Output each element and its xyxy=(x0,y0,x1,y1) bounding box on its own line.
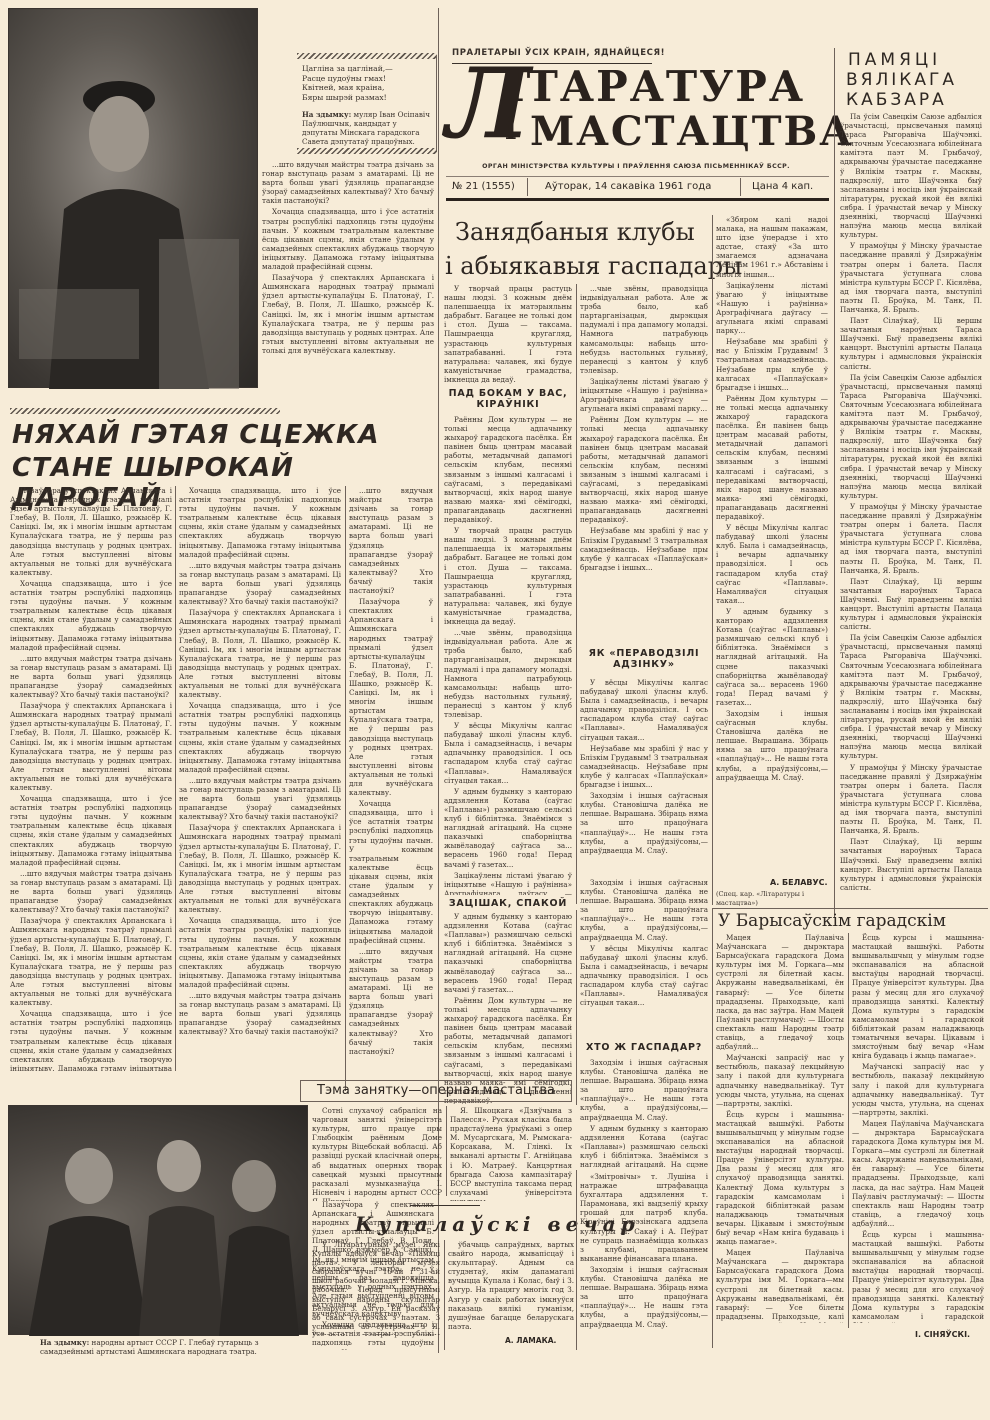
paragraph: Мацея Паўлавіча Маўчанскага — дырэктара … xyxy=(716,933,844,1051)
paragraph: Зацікаўлены лістамі ўвагаю ў ініцыятыве … xyxy=(716,281,828,336)
worker-photo xyxy=(8,8,258,388)
paragraph: У творчай працы растуць нашы людзі. З ко… xyxy=(444,284,572,384)
paragraph: Я. Шкоцкага «Дзяўчына з Палесся». Руская… xyxy=(450,1106,572,1201)
column-divider xyxy=(712,215,713,905)
paragraph: Хочацца спадзявацца, што і ўсе астатнія … xyxy=(10,794,172,867)
poem-line: Расце цудоўны гмах! xyxy=(302,74,432,84)
left-article-upper-column: ...што вядучыя майстры тэатра дзічань за… xyxy=(262,160,434,400)
issue-price: Цана 4 кап. xyxy=(752,181,813,192)
kupala-column-1: У Літаратурным музеі Янкі Купалы адбыўся… xyxy=(312,1240,440,1335)
paragraph: Пазаўчора ў спектаклях Арпанскага і Ашмя… xyxy=(10,916,172,1007)
paragraph: Заходзім і іншыя саўгасныя клубы. Станов… xyxy=(580,1058,708,1122)
paragraph: У адным будынку з кантораю аддзялення Ко… xyxy=(444,787,572,869)
borisov-signature: І. СІНЯЎСКІ. xyxy=(915,1330,970,1339)
paragraph: Неўзабаве мы зрабілі ў нас у Блізкім Гру… xyxy=(580,744,708,789)
actors-group-illustration xyxy=(9,1106,309,1336)
poem-line: Цагліна за цаглінай,— xyxy=(302,64,432,74)
paragraph: У вёсцы Мікулічы калгас пабудаваў школі … xyxy=(444,721,572,785)
paragraph: У вёсцы Мікулічы калгас пабудаваў школі … xyxy=(580,678,708,742)
issue-date: Аўторак, 14 сакавіка 1961 года xyxy=(545,181,711,192)
paragraph: ...што вядучыя майстры тэатра дзічань за… xyxy=(179,561,341,606)
opera-column-2: Я. Шкоцкага «Дзяўчына з Палесся». Руская… xyxy=(450,1106,572,1201)
paragraph: «Змітровічы» т. Лушіна і натражае штрафа… xyxy=(580,1172,708,1263)
column-divider xyxy=(576,910,577,1105)
main-article-column-3: «Збяром калі надоі малака, на нашым пака… xyxy=(716,215,828,875)
main-article-headline-1: Занядбаныя клубы xyxy=(455,218,695,246)
column-divider xyxy=(444,1240,445,1350)
subhead-pad-bokam: ПАД БОКАМ У ВАС, КІРАЎНІКІ xyxy=(444,388,572,410)
paragraph: Раённы Дом культуры — не толькі месца ад… xyxy=(444,415,572,524)
section-rule xyxy=(712,908,988,909)
column-divider xyxy=(345,486,346,1091)
main-article-column-2-end: Заходзім і іншыя саўгасныя клубы. Станов… xyxy=(580,1058,708,1168)
poem-line: Квітней, мая краіна, xyxy=(302,83,432,93)
section-rule xyxy=(410,1205,480,1206)
paragraph: Хочацца спадзявацца, што і ўсе астатнія … xyxy=(179,916,341,989)
paragraph: У прамоўцы ў Мінску ўрачыстае паседжанне… xyxy=(840,502,982,575)
opera-headline: Тэма занятку—оперная мастацтва xyxy=(301,1081,571,1101)
paragraph: Мацея Паўлавіча Маўчанскага — дырэктара … xyxy=(716,1248,844,1323)
paragraph: ...што вядучыя майстры тэатра дзічань за… xyxy=(179,776,341,821)
paragraph: ...чые звёны, праводзіцца індывідуальная… xyxy=(580,284,708,375)
poem-line: Бяры шырэй размах! xyxy=(302,93,432,103)
paragraph: ...што вядучыя майстры тэатра дзічань за… xyxy=(262,160,434,205)
masthead-title-conjunction: і xyxy=(505,112,518,147)
masthead-organ-line: ОРГАН МІНІСТЭРСТВА КУЛЬТУРЫ І ПРАЎЛЕННЯ … xyxy=(446,163,826,170)
masthead-title-line-1: ІТАРАТУРА xyxy=(505,62,805,111)
column-divider xyxy=(576,284,577,904)
paragraph: ...што вядучыя майстры тэатра дзічань за… xyxy=(10,654,172,699)
paragraph: Зацікаўлены лістамі ўвагаю ў ініцыятыве … xyxy=(580,377,708,413)
paragraph: Мацея Паўлавіча Маўчанскага — дырэктара … xyxy=(852,1119,984,1228)
paragraph: У адным будынку з кантораю аддзялення Ко… xyxy=(716,607,828,707)
left-article-headline-1: НЯХАЙ ГЭТАЯ СЦЕЖКА xyxy=(12,420,432,450)
paragraph: Хочацца спадзявацца, што і ўсе астатнія … xyxy=(262,207,434,271)
paragraph: Пазаўчора ў спектаклях Арпанскага і Ашмя… xyxy=(10,486,172,577)
paragraph: Заходзім і іншыя саўгасныя клубы. Станов… xyxy=(580,878,708,942)
subhead-zacishak-spakoi: ЗАЦІШАК, СПАКОЙ xyxy=(444,898,572,909)
paragraph: Неўзабаве мы зрабілі ў нас у Блізкім Гру… xyxy=(580,526,708,571)
infobar-top-rule xyxy=(446,176,829,177)
paragraph: Раённы Дом культуры — не толькі месца ад… xyxy=(580,415,708,524)
paragraph: Хочацца спадзявацца, што і ўсе астатнія … xyxy=(179,701,341,774)
borisov-headline: У Барысаўскім гарадскім xyxy=(718,911,946,931)
column-divider xyxy=(834,48,835,918)
main-article-lead-column-2: ...чые звёны, праводзіцца індывідуальная… xyxy=(580,284,708,644)
poem-photo-caption: На здымку: муляр Іван Осіпавіч Паўлюшчык… xyxy=(302,110,432,146)
caption-label: На здымку: xyxy=(40,1338,89,1347)
paragraph: Зацікаўлены лістамі ўвагаю ў ініцыятыве … xyxy=(444,871,572,895)
paragraph: ...што вядучыя майстры тэатра дзічань за… xyxy=(349,486,433,595)
worker-figure-illustration xyxy=(9,9,259,389)
paragraph: Сотні слухачоў сабраліся на чарговыя зан… xyxy=(312,1106,442,1201)
paragraph: Хочацца спадзявацца, што і ўсе астатнія … xyxy=(10,579,172,652)
column-divider xyxy=(446,1106,447,1196)
main-article-column-1-lower: У адным будынку з кантораю аддзялення Ко… xyxy=(444,912,572,1104)
paragraph: Ёсць курсы і машынна-мастацкай вышыўкі. … xyxy=(852,933,984,1060)
masthead-title-line-2: МАСТАЦТВА xyxy=(530,108,854,155)
paragraph: ...чые звёны, праводзіцца індывідуальная… xyxy=(444,628,572,719)
left-article-column-2: Хочацца спадзявацца, што і ўсе астатнія … xyxy=(179,486,341,1091)
left-article-column-1: Пазаўчора ў спектаклях Арпанскага і Ашмя… xyxy=(10,486,172,1071)
paragraph: Пазаўчора ў спектаклях Арпанскага і Ашмя… xyxy=(179,823,341,914)
right-headline-3: КАБЗАРА xyxy=(846,90,947,110)
paragraph: У Літаратурным музеі Янкі Купалы адбыўся… xyxy=(312,1240,440,1335)
paragraph: ...што вядучыя майстры тэатра дзічань за… xyxy=(179,991,341,1036)
bottom-right-text-column: «Змітровічы» т. Лушіна і натражае штрафа… xyxy=(580,1172,708,1347)
poem-box-top-border xyxy=(297,53,437,59)
paragraph: Заходзім і іншыя саўгасныя клубы. Станов… xyxy=(580,1265,708,1329)
main-article-column-2-lower: У вёсцы Мікулічы калгас пабудаваў школі … xyxy=(580,678,708,903)
paragraph: Пазаўчора ў спектаклях Арпанскага і Ашмя… xyxy=(262,273,434,355)
poem-box: Цагліна за цаглінай,— Расце цудоўны гмах… xyxy=(302,64,432,154)
paragraph: Заходзім і іншыя саўгасныя клубы. Станов… xyxy=(580,791,708,855)
paragraph: «Збяром калі надоі малака, на нашым пака… xyxy=(716,215,828,279)
actors-photo xyxy=(8,1105,308,1335)
paragraph: Раённы Дом культуры — не толькі месца ад… xyxy=(716,394,828,521)
borisov-column-2: Ёсць курсы і машынна-мастацкай вышыўкі. … xyxy=(852,933,984,1323)
opera-headline-box: Тэма занятку—оперная мастацтва xyxy=(300,1080,572,1102)
kupala-column-2: ўбачыць сапраўдных, вартых свайго народа… xyxy=(448,1240,574,1350)
main-article-headline-2: і абыякавыя гаспадары xyxy=(445,252,742,280)
poem-box-right-border xyxy=(436,55,437,150)
right-headline-1: ПАМЯЦІ xyxy=(848,50,941,70)
actors-photo-caption: На здымку: народны артыст СССР Г. Глебаў… xyxy=(40,1338,310,1356)
column-divider xyxy=(576,1170,577,1350)
paragraph: Паэт Сілаўкаў, Ці вершы зачытаныя нароўн… xyxy=(840,577,982,632)
paragraph: У вёсцы Мікулічы калгас пабудаваў школі … xyxy=(716,523,828,605)
main-article-column-1: Раённы Дом культуры — не толькі месца ад… xyxy=(444,415,572,895)
paragraph: Неўзабаве мы зрабілі ў нас у Блізкім Гру… xyxy=(716,337,828,392)
caption-label: На здымку: xyxy=(302,110,351,119)
paragraph: ўбачыць сапраўдных, вартых свайго народа… xyxy=(448,1240,574,1331)
paragraph: Хочацца спадзявацца, што і ўсе астатнія … xyxy=(10,1009,172,1071)
infobar-bottom-rule xyxy=(446,198,829,201)
paragraph: Паэт Сілаўкаў, Ці вершы зачытаныя нароўн… xyxy=(840,316,982,371)
paragraph: У прамоўцы ў Мінску ўрачыстае паседжанне… xyxy=(840,241,982,314)
left-article-top-border xyxy=(10,408,280,414)
paragraph: Маўчанскі запрасіў нас у вестыбюль, пака… xyxy=(716,1053,844,1108)
infobar-divider xyxy=(740,178,741,196)
column-divider xyxy=(848,933,849,1328)
right-column-text: Па ўсім Савецкім Саюзе адбыліся ўрачыста… xyxy=(840,112,982,912)
paragraph: У адным будынку з кантораю аддзялення Ко… xyxy=(580,1124,708,1168)
main-article-signature: А. БЕЛАВУС. xyxy=(770,878,828,887)
column-divider xyxy=(175,486,176,1071)
paragraph: Пазаўчора ў спектаклях Арпанскага і Ашмя… xyxy=(349,597,433,797)
paragraph: Па ўсім Савецкім Саюзе адбыліся ўрачыста… xyxy=(840,112,982,239)
kupala-signature: А. ЛАМАКА. xyxy=(505,1336,556,1345)
opera-column-1: Сотні слухачоў сабраліся на чарговыя зан… xyxy=(312,1106,442,1201)
borisov-column-1: Мацея Паўлавіча Маўчанскага — дырэктара … xyxy=(716,933,844,1323)
left-article-column-3: ...што вядучыя майстры тэатра дзічань за… xyxy=(349,486,433,1091)
paragraph: Пазаўчора ў спектаклях Арпанскага і Ашмя… xyxy=(10,701,172,792)
column-divider xyxy=(712,908,713,1348)
issue-number: № 21 (1555) xyxy=(452,181,515,192)
paragraph: ...што вядучыя майстры тэатра дзічань за… xyxy=(349,947,433,1056)
paragraph: Хочацца спадзявацца, што і ўсе астатнія … xyxy=(179,486,341,559)
paragraph: Маўчанскі запрасіў нас у вестыбюль, пака… xyxy=(852,1062,984,1117)
paragraph: Хочацца спадзявацца, што і ўсе астатнія … xyxy=(349,799,433,945)
paragraph: У творчай працы растуць нашы людзі. З ко… xyxy=(444,526,572,626)
paragraph: Па ўсім Савецкім Саюзе адбыліся ўрачыста… xyxy=(840,373,982,500)
paragraph: Заходзім і іншыя саўгасныя клубы. Станов… xyxy=(716,709,828,782)
paragraph: ...што вядучыя майстры тэатра дзічань за… xyxy=(10,869,172,914)
paragraph: Па ўсім Савецкім Саюзе адбыліся ўрачыста… xyxy=(840,633,982,760)
right-headline-2: ВЯЛІКАГА xyxy=(846,70,957,90)
paragraph: Ёсць курсы і машынна-мастацкай вышыўкі. … xyxy=(716,1110,844,1246)
paragraph: Паэт Сілаўкаў, Ці вершы зачытаныя нароўн… xyxy=(840,837,982,892)
paragraph: У прамоўцы ў Мінску ўрачыстае паседжанне… xyxy=(840,763,982,836)
infobar-divider xyxy=(527,178,528,196)
paragraph: Пазаўчора ў спектаклях Арпанскага і Ашмя… xyxy=(179,608,341,699)
paragraph: У вёсцы Мікулічы калгас пабудаваў школі … xyxy=(580,944,708,1008)
paragraph: Ёсць курсы і машынна-мастацкай вышыўкі. … xyxy=(852,1230,984,1323)
main-article-column-2-bottom: Заходзім і іншыя саўгасныя клубы. Станов… xyxy=(580,878,708,1038)
subhead-yak-peravodzili: ЯК «ПЕРАВОДЗІЛІ АДЗІНКУ» xyxy=(580,648,708,670)
poem-box-bottom-border xyxy=(297,148,437,154)
paragraph: У адным будынку з кантораю аддзялення Ко… xyxy=(444,912,572,994)
subhead-hto-zh-gaspadar: ХТО Ж ГАСПАДАР? xyxy=(580,1042,708,1053)
main-article-lead-column-1: У творчай працы растуць нашы людзі. З ко… xyxy=(444,284,572,384)
main-article-signature-sub: (Спец. кар. «Літаратуры і мастацтва») xyxy=(716,890,828,908)
